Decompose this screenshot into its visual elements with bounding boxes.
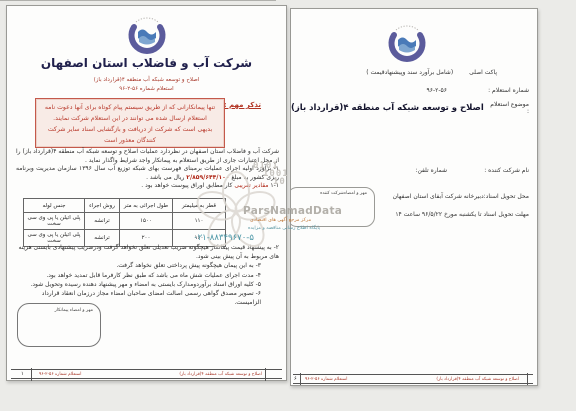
- packet-title: پاکت اصلی: [469, 69, 497, 76]
- stamp-label: مهر و امضاء پیمانکار: [55, 308, 93, 313]
- inquiry-page: شرکت آب و فاضلاب استان اصفهان اصلاح و تو…: [6, 5, 287, 381]
- page-footer: ۱ استعلام شماره ۹۶-۲-۵۶ اصلاح و توسعه شب…: [11, 369, 282, 379]
- footer-tick: [265, 368, 266, 381]
- participant-name-label: نام شرکت کننده :: [484, 167, 529, 174]
- list-item: ۴- مدت اجرای عملیات شش ماه می باشد که طب…: [16, 271, 261, 280]
- inquiry-number: ۹۶-۲-۵۶: [119, 86, 138, 92]
- conditions-list: ۲- به پیشنهاد قیمت پیمانکار هیچگونه ضریب…: [16, 243, 279, 307]
- item-1-1-tail: کار مطابق اوراق پیوست خواهد بود .: [141, 182, 232, 189]
- footer-inquiry-number: ۹۶-۲-۵۶: [305, 377, 320, 382]
- subject-value: اصلاح و توسعه شبکه آب منطقه ۴(قرارداد با…: [291, 103, 484, 113]
- footer-tick: [527, 373, 528, 386]
- footer-project-title: اصلاح و توسعه شبکه آب منطقه ۴(قرارداد با…: [436, 377, 519, 382]
- table-row: ۱۱۰ ۱۵۰۰ ترانشه پلی اتیلن یا پی وی سی سخ…: [24, 213, 226, 230]
- subject-label: موضوع استعلام :: [489, 101, 529, 115]
- notice-text-1: تنها پیمانکارانی که از طریق سیستم پیام ک…: [42, 102, 218, 124]
- scanned-document-viewer: { "colors":{ "accent_red":"#b23527","nav…: [0, 0, 576, 411]
- packet-subtitle: (شامل برآورد سند وپیشنهادقیمت ): [366, 69, 453, 76]
- packet-title-line: پاکت اصلی (شامل برآورد سند وپیشنهادقیمت …: [366, 69, 497, 76]
- delivery-place-line: محل تحویل اسناد:دبیرخانه شرکت آبفای استا…: [393, 193, 529, 200]
- phone-number-label: شماره تلفن:: [415, 167, 447, 174]
- estimate-amount: ۲/۸۵۹/۶۴۴/۱۰۰: [186, 174, 229, 183]
- col-length: طول اجرائی به متر: [120, 199, 173, 213]
- water-company-logo-icon: [127, 14, 167, 58]
- inquiry-number: ۹۶-۲-۵۶: [427, 87, 447, 94]
- important-note-label: تذکر مهم :: [224, 101, 261, 109]
- page-number: ۱: [21, 371, 24, 377]
- cell-method: ترانشه: [85, 213, 120, 230]
- cell-length: ۱۵۰۰: [120, 213, 173, 230]
- footer-tick: [300, 373, 301, 386]
- list-item: ۲- به پیشنهاد قیمت پیمانکار هیچگونه ضریب…: [16, 243, 279, 261]
- list-item: ۵- کلیه اوراق اسناد برآوردومدارک بایستی …: [16, 280, 261, 289]
- item-1-1-prefix: ۱-۱: [270, 182, 279, 189]
- col-diameter: قطر به میلیمتر: [173, 199, 226, 213]
- inquiry-number-label: شماره استعلام :: [488, 87, 529, 94]
- item-1-tail: ریال می باشد .: [146, 174, 184, 181]
- delivery-deadline-line: مهلت تحویل اسناد تا یکشنبه مورخ ۹۶/۵/۲۲ …: [395, 211, 529, 218]
- page-footer: ۶ استعلام شماره ۹۶-۲-۵۶ اصلاح و توسعه شب…: [293, 374, 533, 384]
- footer-inquiry-no: استعلام شماره ۹۶-۲-۵۶: [39, 372, 82, 377]
- footer-project-title: اصلاح و توسعه شبکه آب منطقه ۴(قرارداد با…: [179, 372, 262, 377]
- footer-inquiry-no: استعلام شماره ۹۶-۲-۵۶: [305, 377, 348, 382]
- cell-diameter: ۱۱۰: [173, 213, 226, 230]
- page-number: ۶: [294, 376, 297, 382]
- footer-inquiry-label: استعلام شماره: [321, 377, 347, 382]
- list-item: ۳- به این پیمان هیچگونه پیش پرداختی تعلق…: [16, 261, 261, 270]
- stamp-label: مهر و امضاءشرکت کننده: [320, 191, 367, 196]
- participant-stamp-box: مهر و امضاءشرکت کننده: [290, 187, 375, 227]
- item-1-1: ۱-۱ مقادیر تقریبی کار مطابق اوراق پیوست …: [16, 182, 279, 191]
- col-method: روش اجراء: [85, 199, 120, 213]
- envelope-cover-page: پاکت اصلی (شامل برآورد سند وپیشنهادقیمت …: [290, 8, 538, 386]
- footer-inquiry-number: ۹۶-۲-۵۶: [39, 372, 54, 377]
- sheet-edge-line: [0, 0, 276, 1]
- col-material: جنس لوله: [24, 199, 85, 213]
- inquiry-number-line: استعلام شماره ۹۶-۲-۵۶: [7, 86, 286, 92]
- body-text: شرکت آب و فاضلاب استان اصفهان در نظردارد…: [16, 148, 279, 191]
- important-note-box: تنها پیمانکارانی که از طریق سیستم پیام ک…: [35, 98, 225, 148]
- table-header-row: قطر به میلیمتر طول اجرائی به متر روش اجر…: [24, 199, 226, 213]
- water-company-logo-icon: [387, 22, 427, 66]
- inquiry-label: استعلام شماره: [140, 86, 174, 92]
- inquiry-subject-line: موضوع استعلام : اصلاح و توسعه شبکه آب من…: [291, 101, 529, 115]
- cell-material: پلی اتیلن یا پی وی سی سخت: [24, 213, 85, 230]
- company-title: شرکت آب و فاضلاب استان اصفهان: [7, 56, 286, 70]
- item-1: ۱- برآورد اولیه اجرای عملیات برمبنای فهر…: [16, 165, 279, 182]
- contractor-stamp-box: مهر و امضاء پیمانکار: [17, 303, 101, 347]
- approx-quantities-label: مقادیر تقریبی: [234, 182, 268, 189]
- intro-paragraph: شرکت آب و فاضلاب استان اصفهان در نظردارد…: [16, 148, 279, 165]
- footer-tick: [31, 368, 32, 381]
- notice-text-2: بدیهی است که شرکت از دریافت و بازگشایی ا…: [42, 124, 218, 146]
- pipe-spec-table: قطر به میلیمتر طول اجرائی به متر روش اجر…: [23, 198, 226, 247]
- project-title-line: اصلاح و توسعه شبکه آب منطقه ۴(قرارداد با…: [7, 77, 286, 83]
- footer-inquiry-label: استعلام شماره: [55, 372, 81, 377]
